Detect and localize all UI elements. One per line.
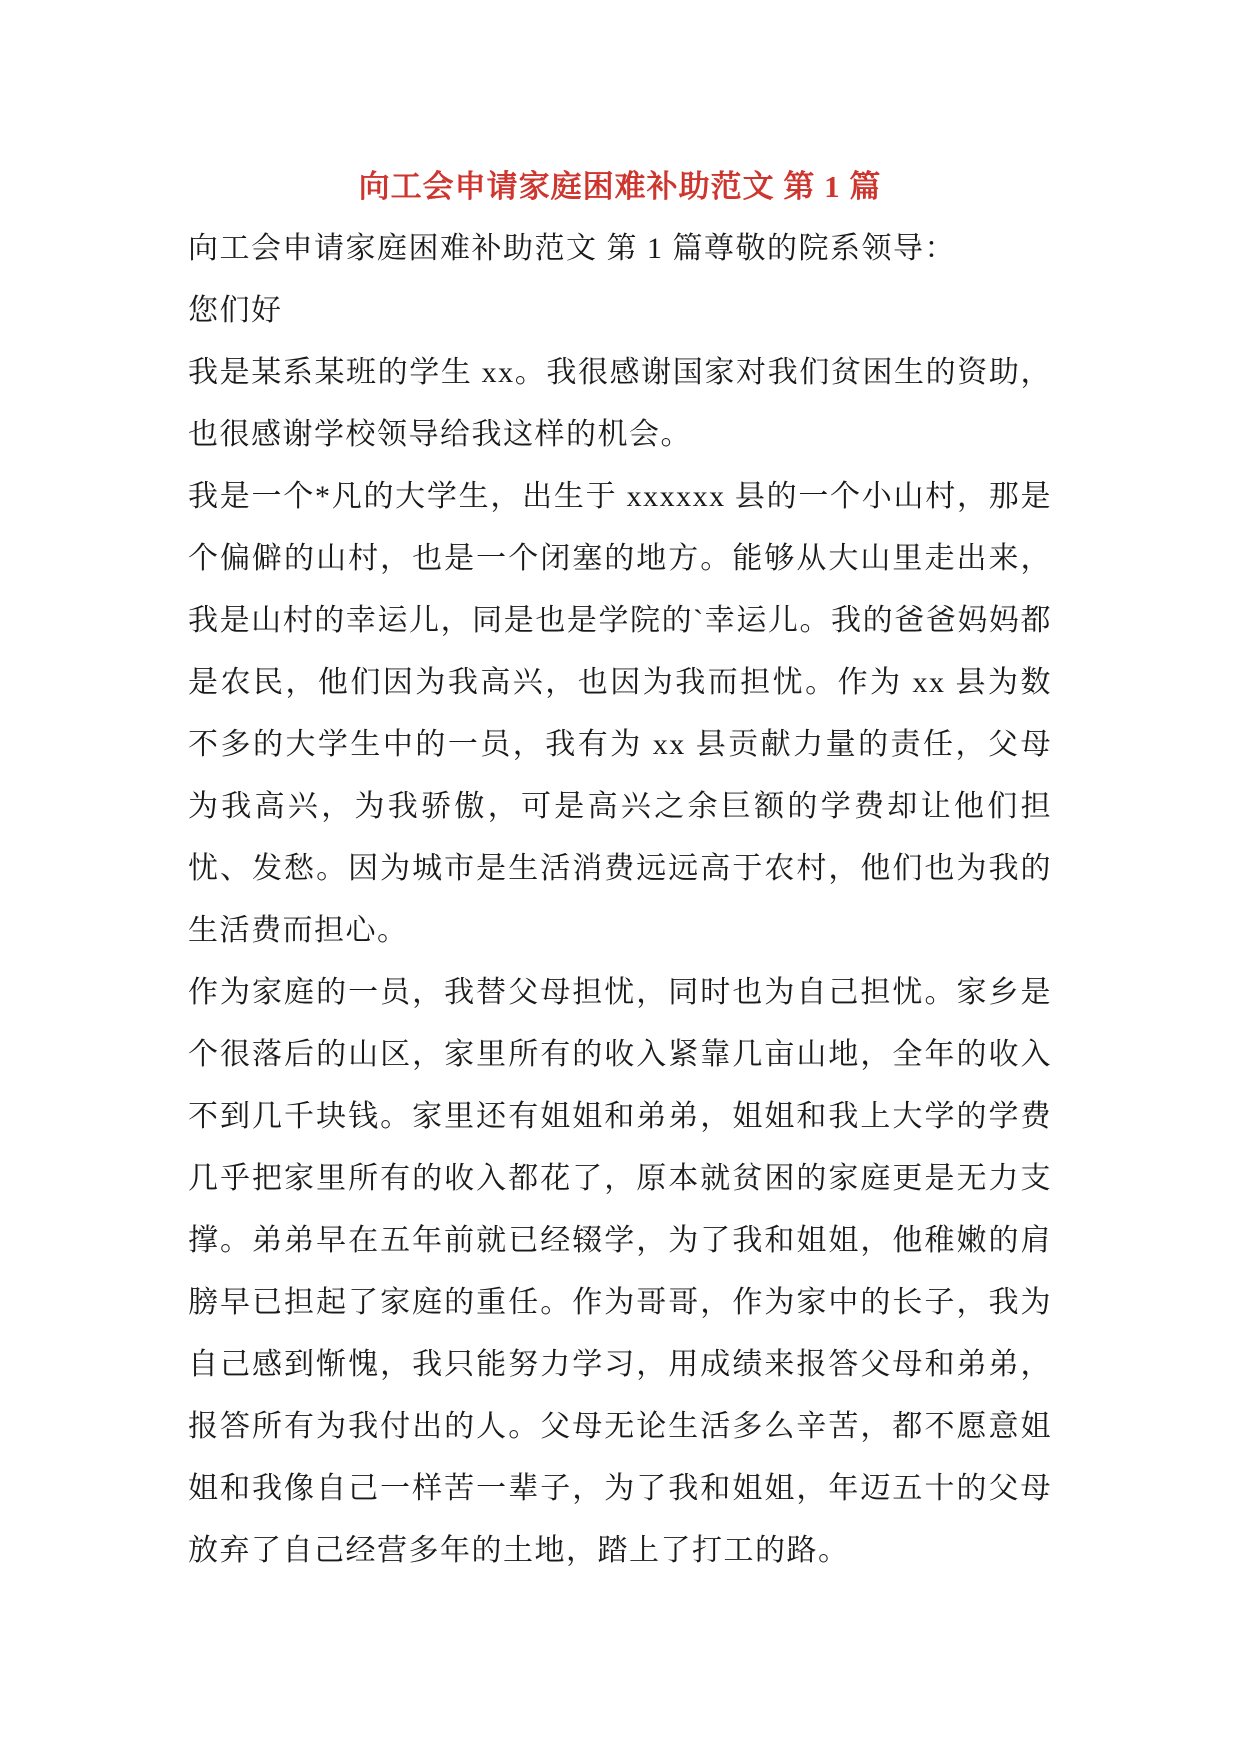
paragraph-intro: 我是某系某班的学生 xx。我很感谢国家对我们贫困生的资助，也很感谢学校领导给我这…: [188, 342, 1052, 466]
paragraph-background: 我是一个*凡的大学生，出生于 xxxxxx 县的一个小山村，那是个偏僻的山村，也…: [188, 466, 1052, 962]
paragraph-greeting: 您们好: [188, 280, 1052, 342]
document-page: 向工会申请家庭困难补助范文 第 1 篇 向工会申请家庭困难补助范文 第 1 篇尊…: [0, 0, 1240, 1753]
document-body: 向工会申请家庭困难补助范文 第 1 篇尊敬的院系领导： 您们好 我是某系某班的学…: [188, 218, 1052, 1582]
paragraph-family-situation: 作为家庭的一员，我替父母担忧，同时也为自己担忧。家乡是个很落后的山区，家里所有的…: [188, 962, 1052, 1582]
paragraph-salutation: 向工会申请家庭困难补助范文 第 1 篇尊敬的院系领导：: [188, 218, 1052, 280]
document-title: 向工会申请家庭困难补助范文 第 1 篇: [188, 156, 1052, 218]
